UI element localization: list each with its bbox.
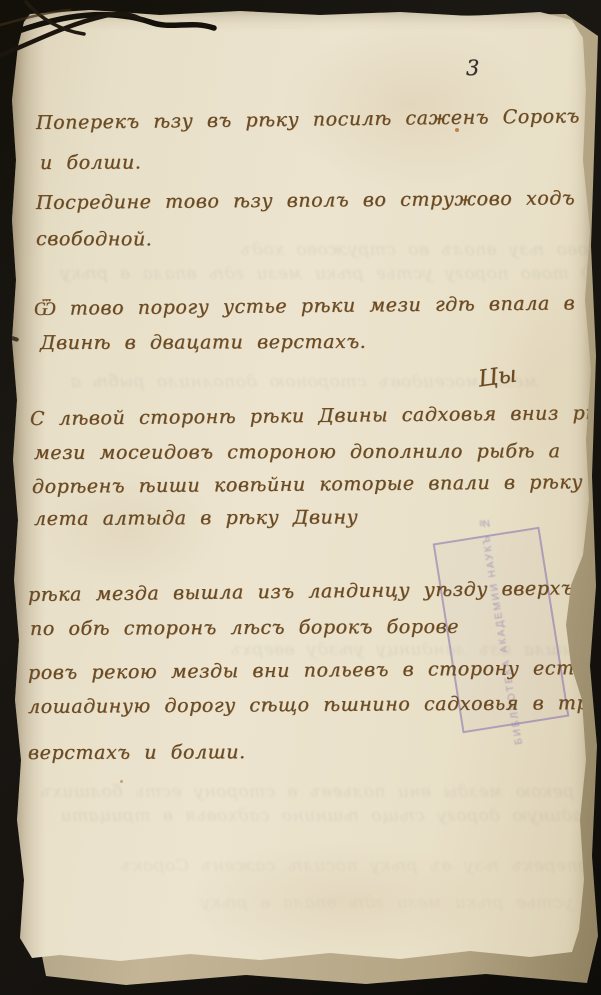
stamp-line: № [477, 515, 490, 530]
manuscript-line: свободной. [36, 228, 153, 250]
margin-mark: Цы [476, 361, 518, 392]
manuscript-line: по обѣ сторонъ лѣсъ борокъ борове [30, 616, 459, 640]
bleedthrough-text: Ѿ тово порогу устье рѣки мези гдѣ впала … [60, 264, 600, 284]
manuscript-line: верстахъ и болши. [28, 741, 246, 764]
bleedthrough-text: Поперекъ ѣзу въ рѣку посилѣ саженъ Сорок… [120, 856, 601, 876]
manuscript-line: Двинѣ в двацати верстахъ. [40, 331, 366, 354]
manuscript-line: и болши. [40, 151, 142, 174]
page-number: 3 [466, 56, 479, 80]
bleedthrough-text: Ѿ тово порогу устье рѣки мези гдѣ впала … [200, 893, 601, 913]
bleedthrough-text: лошадиную дорогу сѣщо ѣшнино садховья в … [60, 806, 601, 826]
manuscript-line: лошадиную дорогу сѣщо ѣшнино садховья в … [28, 692, 601, 718]
manuscript-line: мези мосеидовъ стороною дополнило рыбѣ а [34, 440, 561, 464]
manuscript-line: дорѣенъ ѣиши ковѣйни которые впали в рѣк… [32, 471, 583, 498]
manuscript-line: С лѣвой сторонѣ рѣки Двины садховья вниз… [30, 402, 601, 430]
foxing-speck [120, 780, 123, 783]
binding-stitch [5, 334, 20, 342]
manuscript-line: Поперекъ ѣзу въ рѣку посилѣ саженъ Сорок… [36, 105, 580, 134]
binding-threads [0, 0, 230, 90]
manuscript-line: лета алтыда в рѣку Двину [34, 506, 358, 530]
bleedthrough-text: Посредине тово ѣзу вполъ во стружово ход… [240, 240, 601, 260]
manuscript-page: Посредине тово ѣзу вполъ во стружово ход… [0, 0, 601, 995]
manuscript-line: Посредине тово ѣзу вполъ во стружово ход… [36, 187, 575, 214]
manuscript-scan: Посредине тово ѣзу вполъ во стружово ход… [0, 0, 601, 995]
bleedthrough-text: мези мосеидовъ стороною дополнило рыбѣ а [70, 372, 538, 392]
manuscript-line: Ѿ тово порогу устье рѣки мези гдѣ впала … [34, 292, 601, 321]
bleedthrough-text: ровъ рекою мезды вни польевъ в сторону е… [40, 782, 601, 802]
paper-stain [180, 840, 500, 960]
paper-stain [280, 20, 540, 190]
